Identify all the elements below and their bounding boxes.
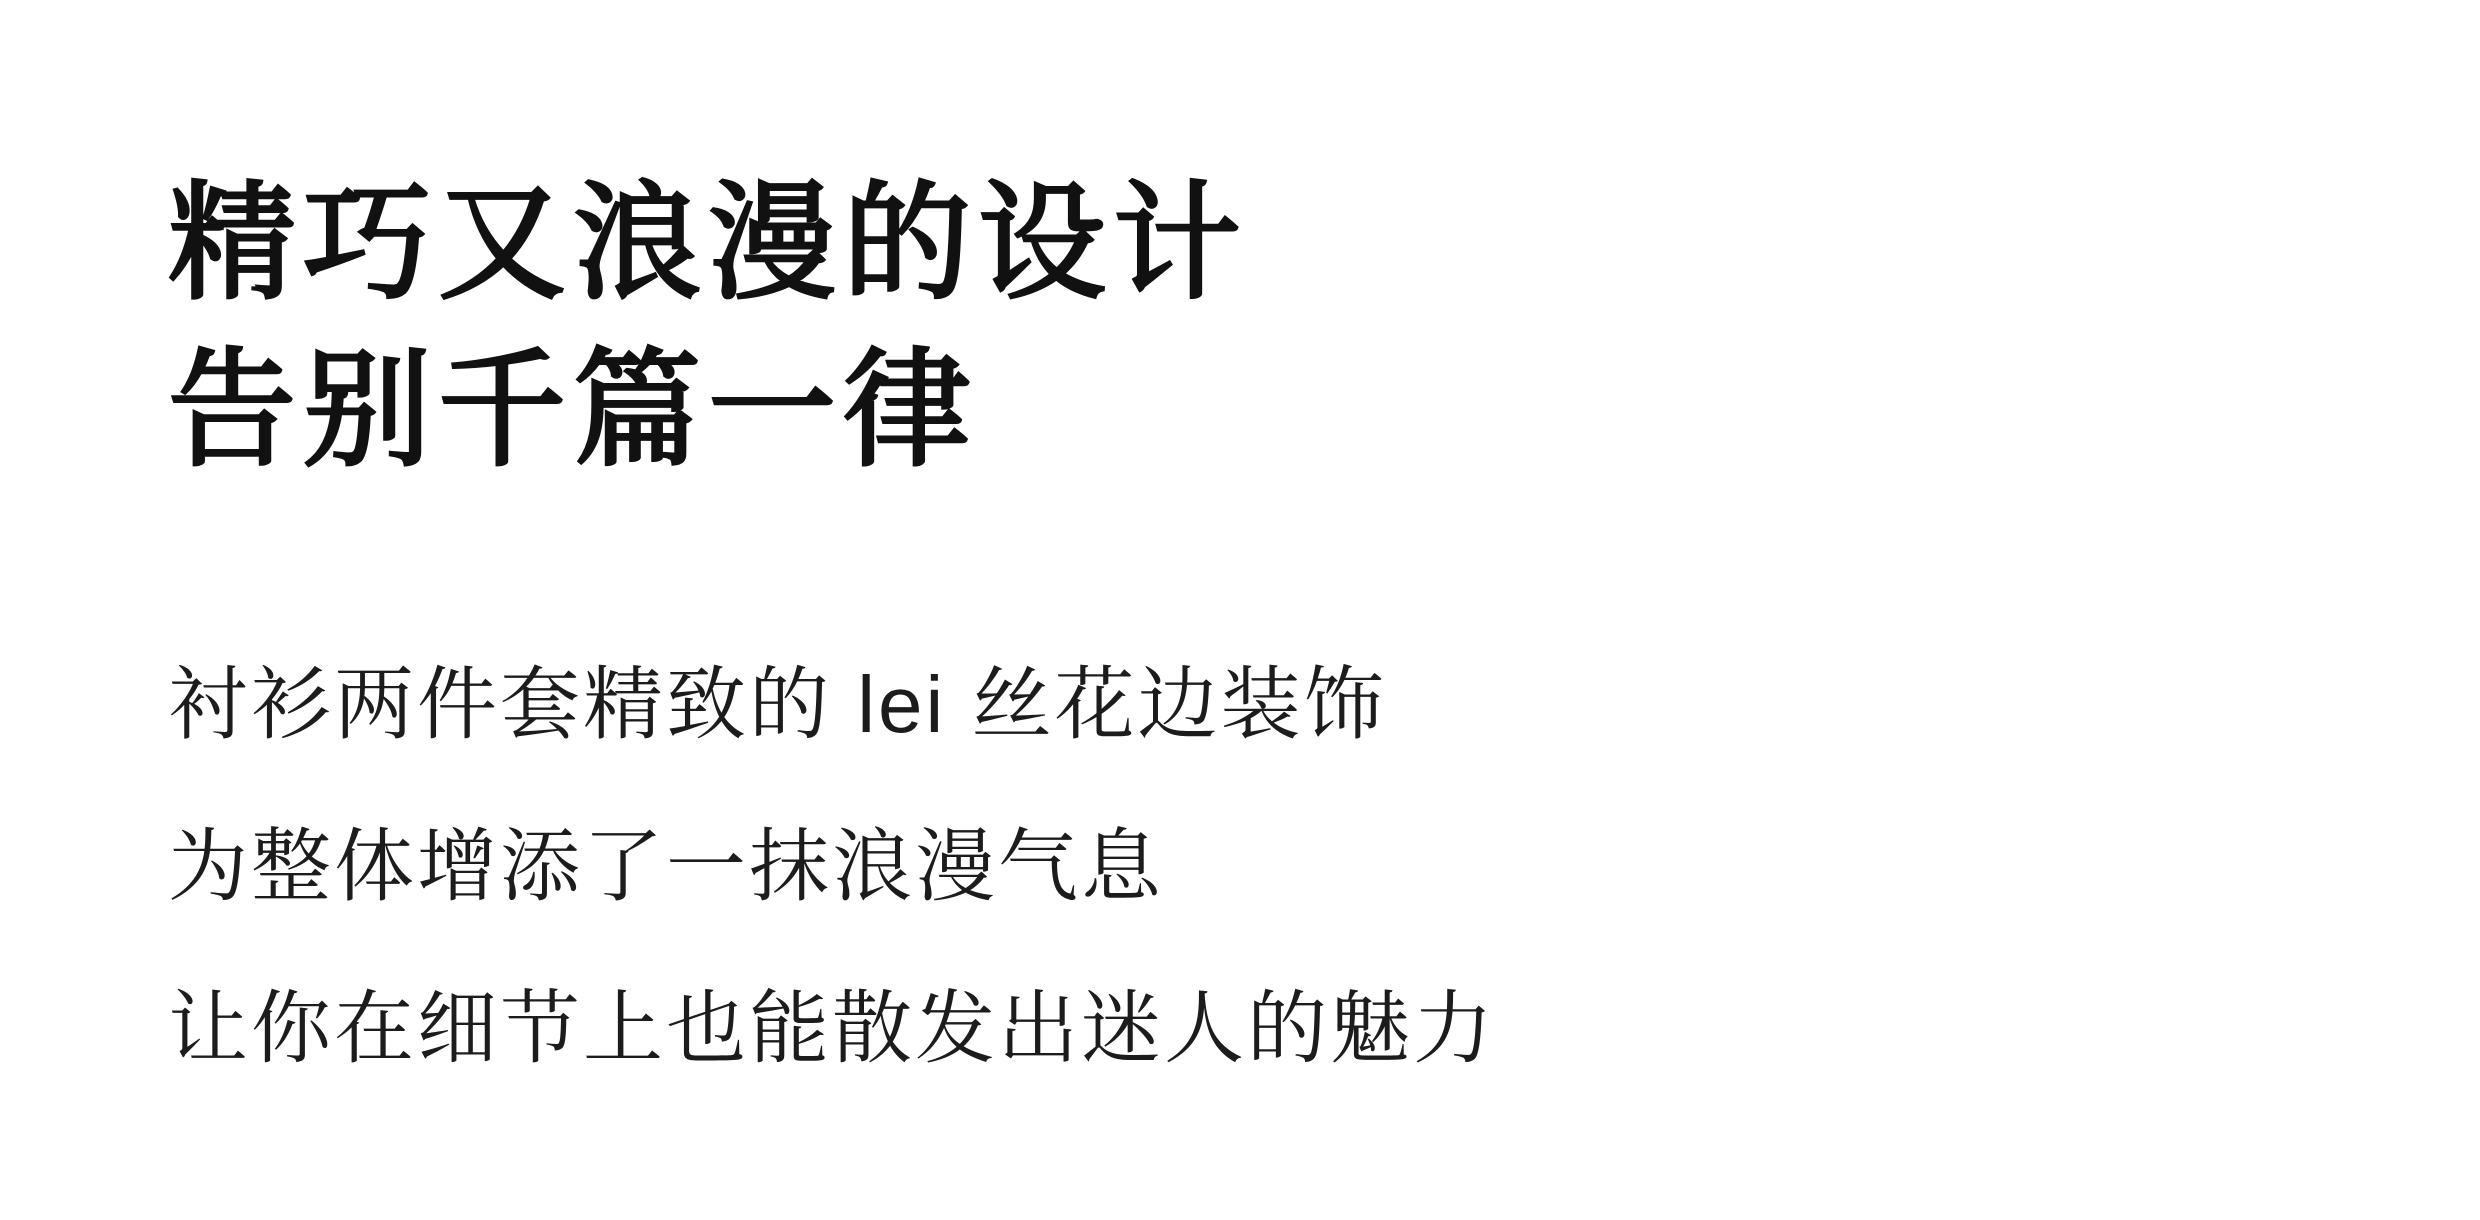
headline-line-2: 告别千篇一律: [168, 327, 1248, 494]
body-copy: 衬衫两件套精致的 lei 丝花边装饰 为整体增添了一抹浪漫气息 让你在细节上也能…: [168, 624, 1496, 1110]
headline-line-1: 精巧又浪漫的设计: [168, 160, 1248, 327]
body-line-2: 为整体增添了一抹浪漫气息: [168, 786, 1496, 948]
headline: 精巧又浪漫的设计 告别千篇一律: [168, 160, 1248, 494]
body-line-3: 让你在细节上也能散发出迷人的魅力: [168, 948, 1496, 1110]
body-line-1: 衬衫两件套精致的 lei 丝花边装饰: [168, 624, 1496, 786]
product-description-card: 精巧又浪漫的设计 告别千篇一律 衬衫两件套精致的 lei 丝花边装饰 为整体增添…: [0, 0, 2480, 1220]
